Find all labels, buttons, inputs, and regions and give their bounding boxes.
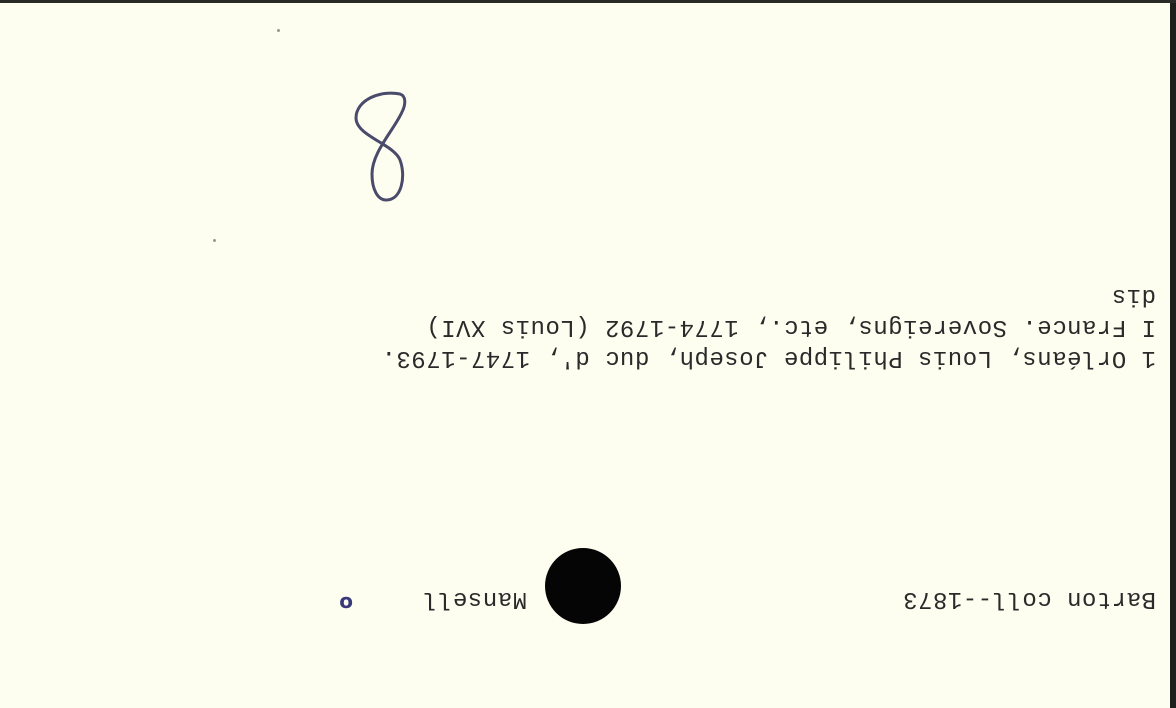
subject-heading-france: I France. Sovereigns, etc., 1774-1792 (L… bbox=[426, 311, 1156, 341]
paper-speck bbox=[277, 29, 280, 32]
ink-mark: o bbox=[339, 592, 353, 616]
photographer-credit: Mansell bbox=[423, 583, 527, 613]
paper-speck bbox=[213, 239, 216, 242]
collection-note: Barton coll--1873 bbox=[903, 583, 1156, 613]
card-edge-shadow bbox=[1170, 0, 1176, 708]
punched-dot-marker bbox=[545, 548, 621, 624]
catalog-card: Barton coll--1873 Mansell o 1 Orléans, L… bbox=[0, 0, 1176, 708]
card-edge-line bbox=[0, 0, 1176, 3]
subject-heading-dis: dis bbox=[1111, 280, 1156, 310]
subject-heading-orleans: 1 Orléans, Louis Philippe Joseph, duc d'… bbox=[381, 342, 1156, 372]
handwritten-number-8 bbox=[346, 78, 416, 208]
